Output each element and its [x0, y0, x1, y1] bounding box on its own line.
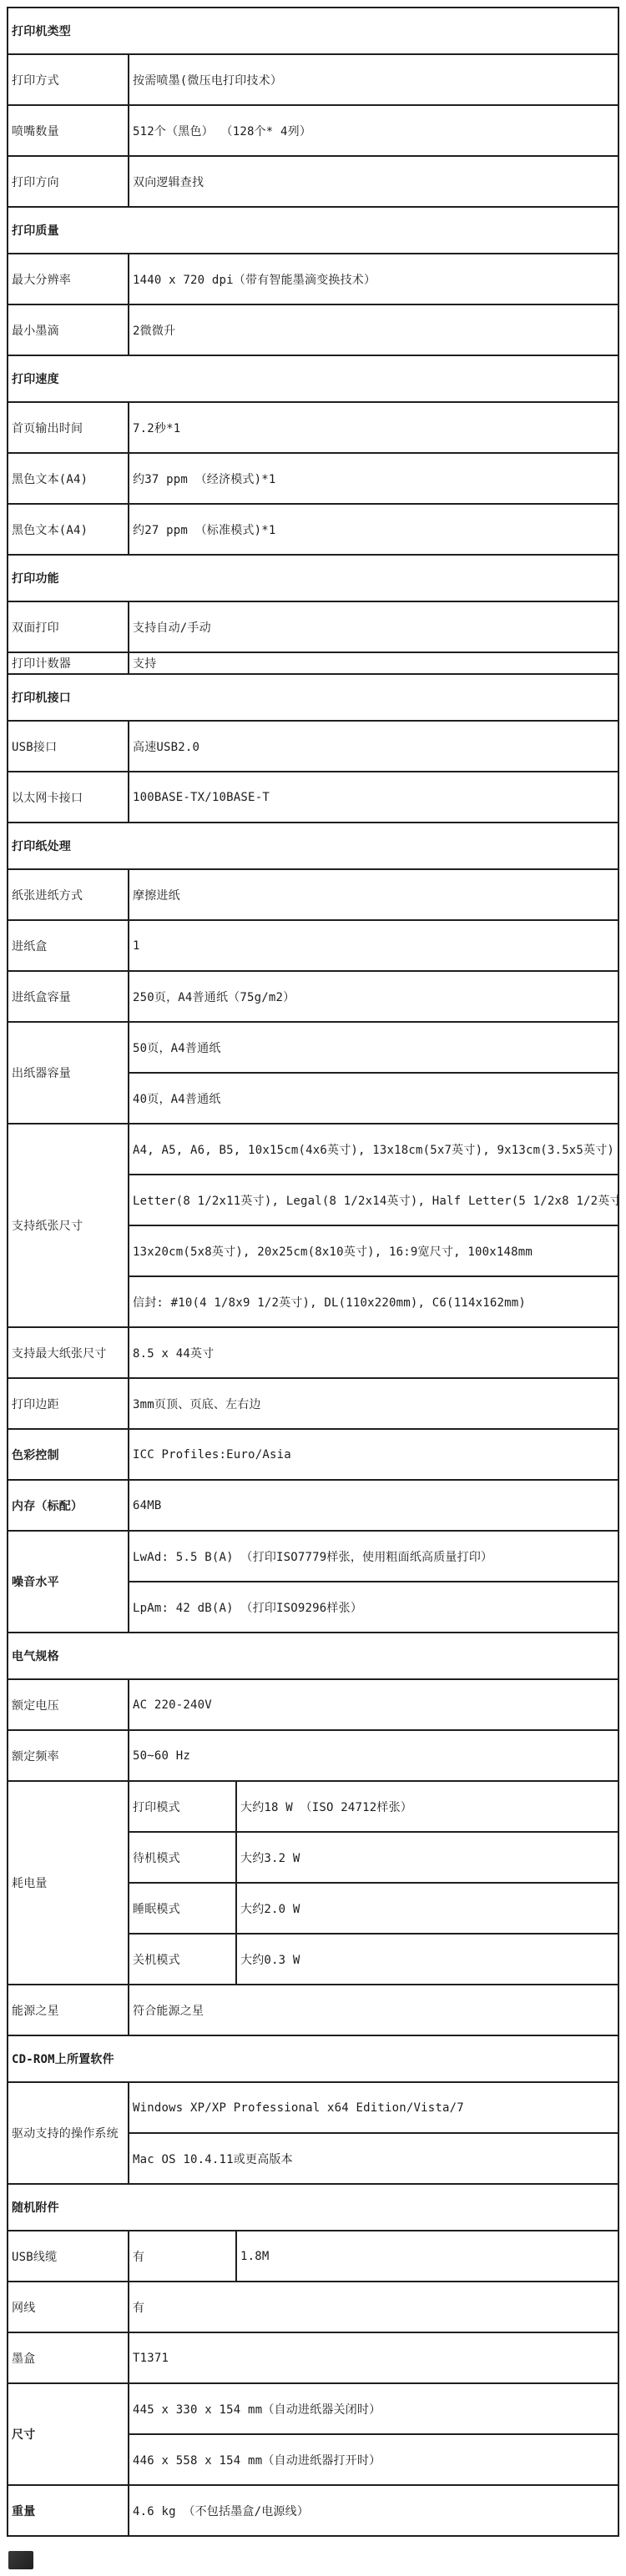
spec-label: 额定频率 — [8, 1730, 129, 1781]
spec-value: 双向逻辑查找 — [129, 156, 618, 207]
spec-label: 驱动支持的操作系统 — [8, 2082, 129, 2184]
spec-value: 2微微升 — [129, 304, 618, 355]
spec-label: 以太网卡接口 — [8, 772, 129, 823]
spec-label: 出纸器容量 — [8, 1022, 129, 1124]
spec-value: 4.6 kg （不包括墨盒/电源线） — [129, 2485, 618, 2536]
spec-label: USB接口 — [8, 721, 129, 772]
spec-value: 100BASE-TX/10BASE-T — [129, 772, 618, 823]
section-header-print-features: 打印功能 — [8, 555, 618, 601]
spec-label: 打印边距 — [8, 1378, 129, 1429]
spec-label: 网线 — [8, 2282, 129, 2332]
spec-label: 黑色文本(A4) — [8, 453, 129, 504]
spec-label: USB线缆 — [8, 2231, 129, 2282]
spec-label: 支持纸张尺寸 — [8, 1124, 129, 1327]
spec-label: 墨盒 — [8, 2332, 129, 2383]
power-mode-value: 大约3.2 W — [236, 1832, 618, 1883]
spec-value: LpAm: 42 dB(A) （打印ISO9296样张） — [129, 1582, 618, 1633]
spec-label: 噪音水平 — [8, 1531, 129, 1633]
spec-value: 支持 — [129, 652, 618, 674]
spec-value: 符合能源之星 — [129, 1985, 618, 2035]
power-mode-value: 大约0.3 W — [236, 1934, 618, 1985]
spec-label: 进纸盒容量 — [8, 971, 129, 1022]
section-header-cdrom-software: CD-ROM上所置软件 — [8, 2035, 618, 2082]
spec-label: 双面打印 — [8, 601, 129, 652]
spec-value: 有 — [129, 2282, 618, 2332]
spec-label: 打印计数器 — [8, 652, 129, 674]
spec-value: 约27 ppm （标准模式)*1 — [129, 504, 618, 555]
power-mode-value: 大约2.0 W — [236, 1883, 618, 1934]
power-mode-label: 打印模式 — [129, 1781, 236, 1832]
spec-value: 按需喷墨(微压电打印技术） — [129, 54, 618, 105]
spec-value: 信封: #10(4 1/8x9 1/2英寸), DL(110x220mm), C… — [129, 1276, 618, 1327]
spec-value: 40页，A4普通纸 — [129, 1073, 618, 1124]
spec-label: 额定电压 — [8, 1679, 129, 1730]
spec-value: LwAd: 5.5 B(A) （打印ISO7779样张，使用粗面纸高质量打印） — [129, 1531, 618, 1582]
spec-label: 重量 — [8, 2485, 129, 2536]
spec-value: 支持自动/手动 — [129, 601, 618, 652]
section-header-print-speed: 打印速度 — [8, 355, 618, 402]
spec-label: 喷嘴数量 — [8, 105, 129, 156]
spec-value: 有 — [129, 2231, 236, 2282]
spec-label: 最小墨滴 — [8, 304, 129, 355]
section-header-accessories: 随机附件 — [8, 2184, 618, 2231]
power-mode-label: 待机模式 — [129, 1832, 236, 1883]
spec-label: 支持最大纸张尺寸 — [8, 1327, 129, 1378]
spec-value: T1371 — [129, 2332, 618, 2383]
spec-value: Windows XP/XP Professional x64 Edition/V… — [129, 2082, 618, 2133]
spec-value: 8.5 x 44英寸 — [129, 1327, 618, 1378]
spec-label: 打印方向 — [8, 156, 129, 207]
spec-value: ICC Profiles:Euro/Asia — [129, 1429, 618, 1480]
spec-value: 512个（黑色） （128个* 4列） — [129, 105, 618, 156]
spec-label: 最大分辨率 — [8, 254, 129, 304]
spec-label: 尺寸 — [8, 2383, 129, 2485]
spec-label: 纸张进纸方式 — [8, 869, 129, 920]
spec-value: Letter(8 1/2x11英寸), Legal(8 1/2x14英寸), H… — [129, 1175, 618, 1225]
power-mode-value: 大约18 W （ISO 24712样张） — [236, 1781, 618, 1832]
section-header-electrical: 电气规格 — [8, 1633, 618, 1679]
spec-label: 色彩控制 — [8, 1429, 129, 1480]
section-header-printer-type: 打印机类型 — [8, 8, 618, 54]
spec-label: 能源之星 — [8, 1985, 129, 2035]
printer-spec-table: 打印机类型 打印方式 按需喷墨(微压电打印技术） 喷嘴数量 512个（黑色） （… — [7, 7, 619, 2537]
spec-value: 446 x 558 x 154 mm（自动进纸器打开时） — [129, 2434, 618, 2485]
spec-value: 1440 x 720 dpi（带有智能墨滴变换技术） — [129, 254, 618, 304]
spec-value: Mac OS 10.4.11或更高版本 — [129, 2133, 618, 2184]
cropped-partial-element — [8, 2551, 33, 2569]
spec-label: 首页输出时间 — [8, 402, 129, 453]
section-header-print-quality: 打印质量 — [8, 207, 618, 254]
section-header-paper-handling: 打印纸处理 — [8, 823, 618, 869]
spec-value: 13x20cm(5x8英寸), 20x25cm(8x10英寸), 16:9宽尺寸… — [129, 1225, 618, 1276]
spec-label: 黑色文本(A4) — [8, 504, 129, 555]
spec-value: 摩擦进纸 — [129, 869, 618, 920]
spec-label: 进纸盒 — [8, 920, 129, 971]
section-header-printer-interface: 打印机接口 — [8, 674, 618, 721]
spec-value: 1 — [129, 920, 618, 971]
spec-value: 445 x 330 x 154 mm（自动进纸器关闭时） — [129, 2383, 618, 2434]
spec-value: 50~60 Hz — [129, 1730, 618, 1781]
spec-label: 耗电量 — [8, 1781, 129, 1985]
power-mode-label: 睡眠模式 — [129, 1883, 236, 1934]
spec-label: 内存（标配） — [8, 1480, 129, 1531]
spec-value: 约37 ppm （经济模式)*1 — [129, 453, 618, 504]
spec-value: 7.2秒*1 — [129, 402, 618, 453]
spec-value: 高速USB2.0 — [129, 721, 618, 772]
spec-value-extra: 1.8M — [236, 2231, 618, 2282]
spec-value: 250页，A4普通纸（75g/m2） — [129, 971, 618, 1022]
spec-value: A4, A5, A6, B5, 10x15cm(4x6英寸), 13x18cm(… — [129, 1124, 618, 1175]
spec-value: 3mm页顶、页底、左右边 — [129, 1378, 618, 1429]
spec-value: 50页，A4普通纸 — [129, 1022, 618, 1073]
spec-value: 64MB — [129, 1480, 618, 1531]
power-mode-label: 关机模式 — [129, 1934, 236, 1985]
spec-value: AC 220-240V — [129, 1679, 618, 1730]
spec-label: 打印方式 — [8, 54, 129, 105]
